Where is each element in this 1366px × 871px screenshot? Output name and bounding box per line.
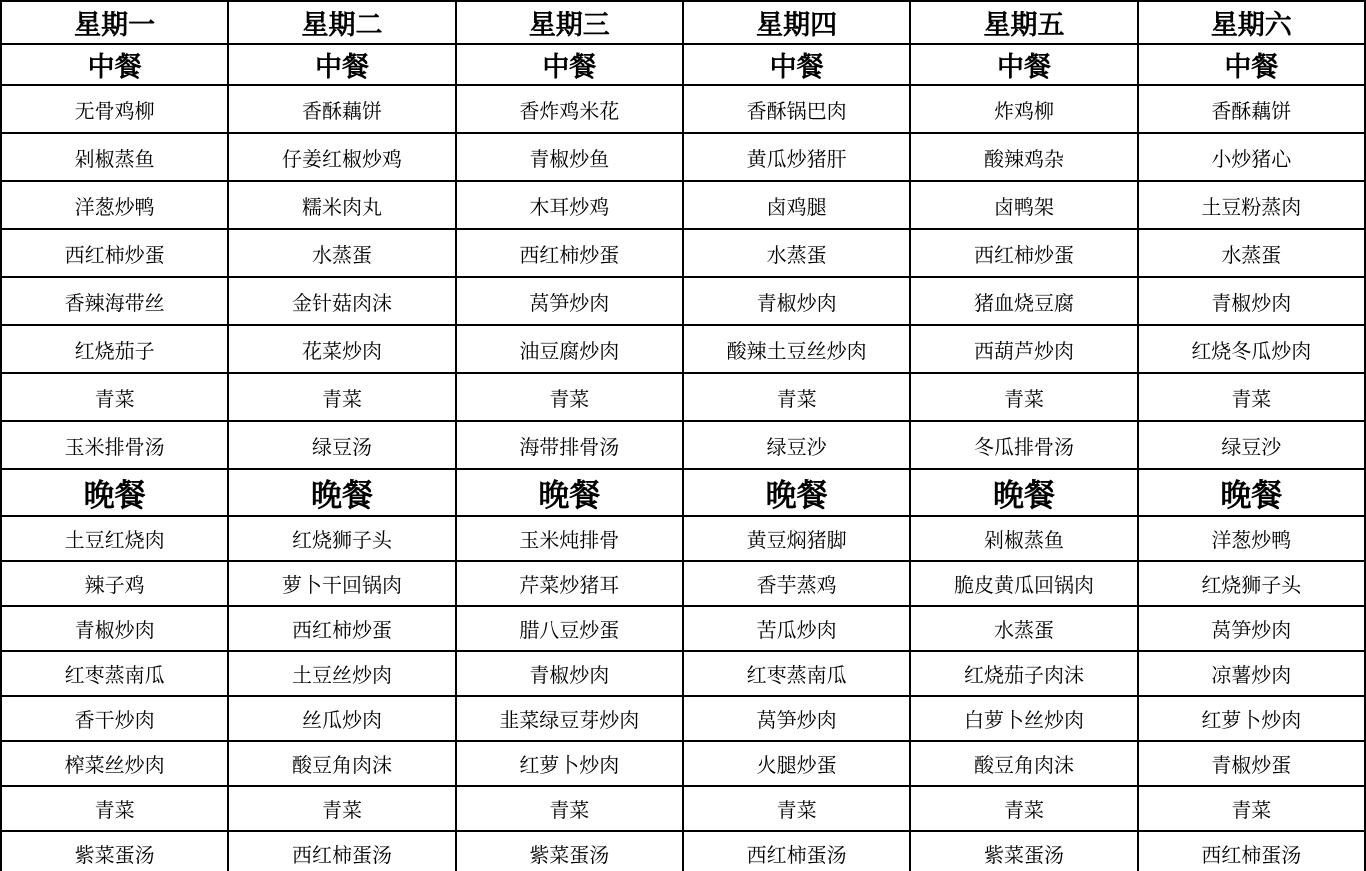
dish-cell: 水蒸蛋: [910, 606, 1137, 651]
dish-cell: 卤鸡腿: [683, 181, 910, 229]
dish-cell: 苦瓜炒肉: [683, 606, 910, 651]
dish-cell: 黄豆焖猪脚: [683, 516, 910, 561]
dish-cell: 水蒸蛋: [1138, 229, 1365, 277]
day-header-monday: 星期一: [1, 1, 228, 44]
dish-cell: 青菜: [456, 373, 683, 421]
dish-cell: 小炒猪心: [1138, 133, 1365, 181]
dish-cell: 海带排骨汤: [456, 421, 683, 469]
lunch-header-cell: 中餐: [1, 44, 228, 85]
dish-cell: 红烧茄子: [1, 325, 228, 373]
dish-cell: 红萝卜炒肉: [1138, 696, 1365, 741]
day-header-tuesday: 星期二: [228, 1, 455, 44]
dish-cell: 紫菜蛋汤: [456, 831, 683, 871]
dish-cell: 酸豆角肉沫: [228, 741, 455, 786]
lunch-header-cell: 中餐: [228, 44, 455, 85]
dish-cell: 西红柿炒蛋: [456, 229, 683, 277]
dish-cell: 腊八豆炒蛋: [456, 606, 683, 651]
dish-cell: 西葫芦炒肉: [910, 325, 1137, 373]
dish-cell: 香干炒肉: [1, 696, 228, 741]
day-header-saturday: 星期六: [1138, 1, 1365, 44]
dish-cell: 白萝卜丝炒肉: [910, 696, 1137, 741]
dinner-header-row: 晚餐 晚餐 晚餐 晚餐 晚餐 晚餐: [1, 469, 1365, 516]
dish-cell: 酸豆角肉沫: [910, 741, 1137, 786]
dish-cell: 青菜: [228, 786, 455, 831]
dinner-dish-row: 青椒炒肉 西红柿炒蛋 腊八豆炒蛋 苦瓜炒肉 水蒸蛋 莴笋炒肉: [1, 606, 1365, 651]
dinner-dish-row: 榨菜丝炒肉 酸豆角肉沫 红萝卜炒肉 火腿炒蛋 酸豆角肉沫 青椒炒蛋: [1, 741, 1365, 786]
dish-cell: 绿豆汤: [228, 421, 455, 469]
lunch-dish-row: 青菜 青菜 青菜 青菜 青菜 青菜: [1, 373, 1365, 421]
dish-cell: 辣子鸡: [1, 561, 228, 606]
dish-cell: 脆皮黄瓜回锅肉: [910, 561, 1137, 606]
dish-cell: 黄瓜炒猪肝: [683, 133, 910, 181]
dish-cell: 西红柿蛋汤: [683, 831, 910, 871]
dish-cell: 芹菜炒猪耳: [456, 561, 683, 606]
day-header-wednesday: 星期三: [456, 1, 683, 44]
dish-cell: 青菜: [1, 786, 228, 831]
dinner-dish-row: 辣子鸡 萝卜干回锅肉 芹菜炒猪耳 香芋蒸鸡 脆皮黄瓜回锅肉 红烧狮子头: [1, 561, 1365, 606]
dish-cell: 西红柿蛋汤: [1138, 831, 1365, 871]
dish-cell: 西红柿蛋汤: [228, 831, 455, 871]
dish-cell: 香酥藕饼: [228, 85, 455, 133]
dish-cell: 香酥藕饼: [1138, 85, 1365, 133]
dish-cell: 绿豆沙: [683, 421, 910, 469]
dinner-header-cell: 晚餐: [1, 469, 228, 516]
dish-cell: 青椒炒蛋: [1138, 741, 1365, 786]
dish-cell: 火腿炒蛋: [683, 741, 910, 786]
dish-cell: 红烧茄子肉沫: [910, 651, 1137, 696]
dish-cell: 青椒炒肉: [1138, 277, 1365, 325]
dish-cell: 剁椒蒸鱼: [910, 516, 1137, 561]
dish-cell: 香酥锅巴肉: [683, 85, 910, 133]
dish-cell: 金针菇肉沫: [228, 277, 455, 325]
dish-cell: 玉米炖排骨: [456, 516, 683, 561]
dish-cell: 红烧狮子头: [1138, 561, 1365, 606]
day-header-friday: 星期五: [910, 1, 1137, 44]
dish-cell: 酸辣土豆丝炒肉: [683, 325, 910, 373]
dish-cell: 猪血烧豆腐: [910, 277, 1137, 325]
day-header-row: 星期一 星期二 星期三 星期四 星期五 星期六: [1, 1, 1365, 44]
dish-cell: 花菜炒肉: [228, 325, 455, 373]
lunch-dish-row: 玉米排骨汤 绿豆汤 海带排骨汤 绿豆沙 冬瓜排骨汤 绿豆沙: [1, 421, 1365, 469]
lunch-header-cell: 中餐: [910, 44, 1137, 85]
lunch-header-cell: 中餐: [1138, 44, 1365, 85]
dish-cell: 香芋蒸鸡: [683, 561, 910, 606]
dish-cell: 玉米排骨汤: [1, 421, 228, 469]
dish-cell: 水蒸蛋: [683, 229, 910, 277]
lunch-dish-row: 洋葱炒鸭 糯米肉丸 木耳炒鸡 卤鸡腿 卤鸭架 土豆粉蒸肉: [1, 181, 1365, 229]
dish-cell: 红萝卜炒肉: [456, 741, 683, 786]
dish-cell: 凉薯炒肉: [1138, 651, 1365, 696]
dish-cell: 紫菜蛋汤: [910, 831, 1137, 871]
dish-cell: 青椒炒肉: [456, 651, 683, 696]
dinner-dish-row: 土豆红烧肉 红烧狮子头 玉米炖排骨 黄豆焖猪脚 剁椒蒸鱼 洋葱炒鸭: [1, 516, 1365, 561]
dish-cell: 水蒸蛋: [228, 229, 455, 277]
dish-cell: 青椒炒肉: [1, 606, 228, 651]
lunch-header-cell: 中餐: [456, 44, 683, 85]
dish-cell: 洋葱炒鸭: [1138, 516, 1365, 561]
dish-cell: 莴笋炒肉: [1138, 606, 1365, 651]
dish-cell: 洋葱炒鸭: [1, 181, 228, 229]
dish-cell: 土豆粉蒸肉: [1138, 181, 1365, 229]
dinner-dish-row: 红枣蒸南瓜 土豆丝炒肉 青椒炒肉 红枣蒸南瓜 红烧茄子肉沫 凉薯炒肉: [1, 651, 1365, 696]
dinner-header-cell: 晚餐: [683, 469, 910, 516]
dish-cell: 红烧冬瓜炒肉: [1138, 325, 1365, 373]
dish-cell: 无骨鸡柳: [1, 85, 228, 133]
dish-cell: 青菜: [1138, 786, 1365, 831]
dish-cell: 丝瓜炒肉: [228, 696, 455, 741]
dish-cell: 青菜: [228, 373, 455, 421]
dish-cell: 青菜: [1138, 373, 1365, 421]
dinner-header-cell: 晚餐: [910, 469, 1137, 516]
dish-cell: 韭菜绿豆芽炒肉: [456, 696, 683, 741]
dish-cell: 木耳炒鸡: [456, 181, 683, 229]
dish-cell: 西红柿炒蛋: [228, 606, 455, 651]
dish-cell: 莴笋炒肉: [683, 696, 910, 741]
dish-cell: 红枣蒸南瓜: [1, 651, 228, 696]
dish-cell: 紫菜蛋汤: [1, 831, 228, 871]
dish-cell: 炸鸡柳: [910, 85, 1137, 133]
dish-cell: 青菜: [683, 373, 910, 421]
dish-cell: 榨菜丝炒肉: [1, 741, 228, 786]
dinner-dish-row: 紫菜蛋汤 西红柿蛋汤 紫菜蛋汤 西红柿蛋汤 紫菜蛋汤 西红柿蛋汤: [1, 831, 1365, 871]
dish-cell: 土豆丝炒肉: [228, 651, 455, 696]
dish-cell: 香炸鸡米花: [456, 85, 683, 133]
lunch-dish-row: 西红柿炒蛋 水蒸蛋 西红柿炒蛋 水蒸蛋 西红柿炒蛋 水蒸蛋: [1, 229, 1365, 277]
dish-cell: 卤鸭架: [910, 181, 1137, 229]
dish-cell: 青菜: [683, 786, 910, 831]
dish-cell: 仔姜红椒炒鸡: [228, 133, 455, 181]
lunch-dish-row: 红烧茄子 花菜炒肉 油豆腐炒肉 酸辣土豆丝炒肉 西葫芦炒肉 红烧冬瓜炒肉: [1, 325, 1365, 373]
dish-cell: 红烧狮子头: [228, 516, 455, 561]
dish-cell: 青菜: [1, 373, 228, 421]
dish-cell: 糯米肉丸: [228, 181, 455, 229]
dinner-header-cell: 晚餐: [228, 469, 455, 516]
dish-cell: 土豆红烧肉: [1, 516, 228, 561]
dinner-dish-row: 香干炒肉 丝瓜炒肉 韭菜绿豆芽炒肉 莴笋炒肉 白萝卜丝炒肉 红萝卜炒肉: [1, 696, 1365, 741]
lunch-header-row: 中餐 中餐 中餐 中餐 中餐 中餐: [1, 44, 1365, 85]
dish-cell: 油豆腐炒肉: [456, 325, 683, 373]
weekly-menu-table: 星期一 星期二 星期三 星期四 星期五 星期六 中餐 中餐 中餐 中餐 中餐 中…: [0, 0, 1366, 871]
dinner-header-cell: 晚餐: [1138, 469, 1365, 516]
lunch-dish-row: 香辣海带丝 金针菇肉沫 莴笋炒肉 青椒炒肉 猪血烧豆腐 青椒炒肉: [1, 277, 1365, 325]
dish-cell: 香辣海带丝: [1, 277, 228, 325]
dish-cell: 莴笋炒肉: [456, 277, 683, 325]
dish-cell: 青椒炒肉: [683, 277, 910, 325]
dish-cell: 绿豆沙: [1138, 421, 1365, 469]
dish-cell: 冬瓜排骨汤: [910, 421, 1137, 469]
dinner-header-cell: 晚餐: [456, 469, 683, 516]
dish-cell: 酸辣鸡杂: [910, 133, 1137, 181]
dish-cell: 青菜: [910, 786, 1137, 831]
dish-cell: 萝卜干回锅肉: [228, 561, 455, 606]
lunch-header-cell: 中餐: [683, 44, 910, 85]
dish-cell: 青椒炒鱼: [456, 133, 683, 181]
day-header-thursday: 星期四: [683, 1, 910, 44]
dish-cell: 西红柿炒蛋: [910, 229, 1137, 277]
dish-cell: 红枣蒸南瓜: [683, 651, 910, 696]
lunch-dish-row: 剁椒蒸鱼 仔姜红椒炒鸡 青椒炒鱼 黄瓜炒猪肝 酸辣鸡杂 小炒猪心: [1, 133, 1365, 181]
lunch-dish-row: 无骨鸡柳 香酥藕饼 香炸鸡米花 香酥锅巴肉 炸鸡柳 香酥藕饼: [1, 85, 1365, 133]
dish-cell: 青菜: [910, 373, 1137, 421]
dish-cell: 青菜: [456, 786, 683, 831]
dinner-dish-row: 青菜 青菜 青菜 青菜 青菜 青菜: [1, 786, 1365, 831]
dish-cell: 西红柿炒蛋: [1, 229, 228, 277]
dish-cell: 剁椒蒸鱼: [1, 133, 228, 181]
